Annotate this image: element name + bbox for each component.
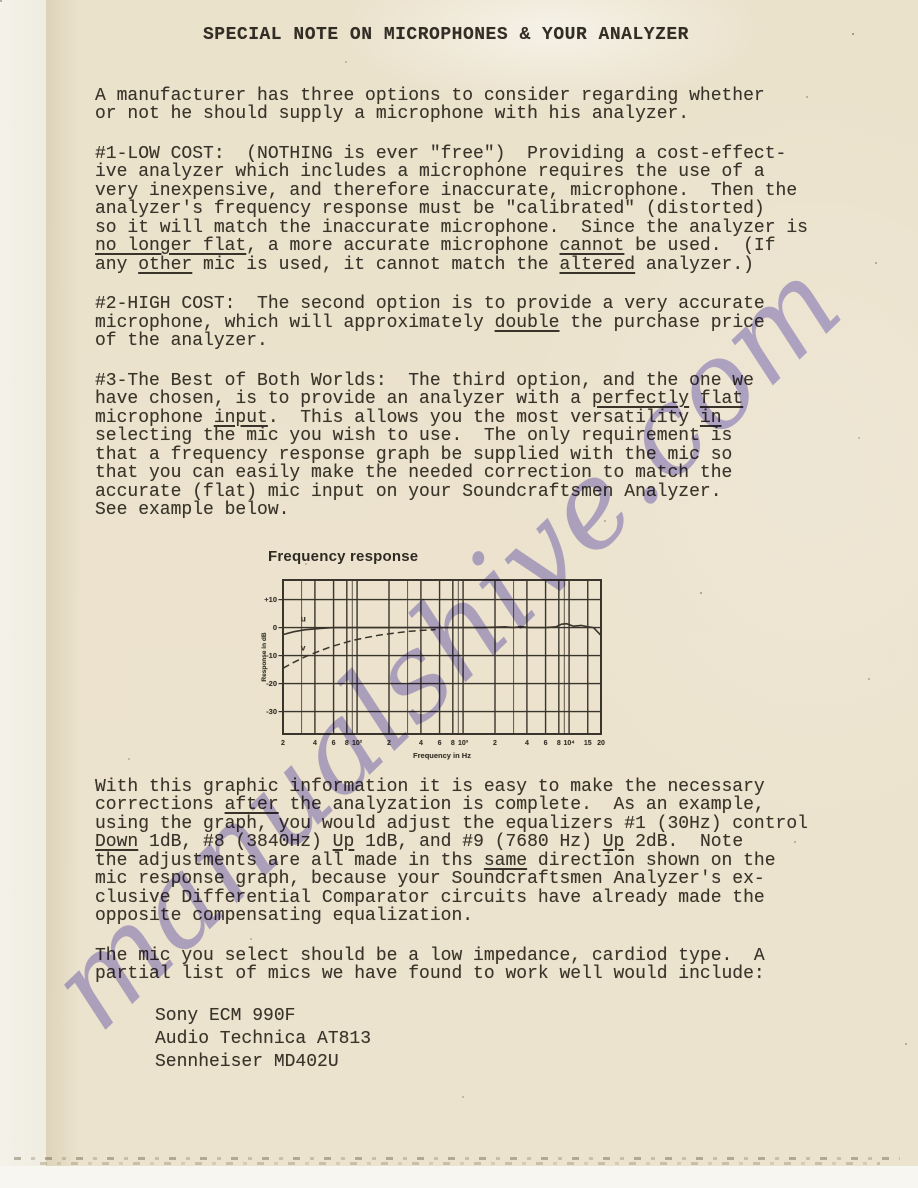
svg-text:10²: 10²	[352, 740, 363, 747]
paragraph-option3-best-of-both: #3-The Best of Both Worlds: The third op…	[95, 372, 865, 520]
svg-text:10⁴: 10⁴	[563, 740, 575, 747]
frequency-response-chart: +100-10-20-30246810²246810³246810⁴1520Re…	[258, 576, 624, 764]
svg-text:8: 8	[345, 740, 349, 747]
svg-text:u: u	[301, 613, 306, 623]
scanner-left-margin	[0, 0, 46, 1166]
paragraph-intro: A manufacturer has three options to cons…	[95, 87, 865, 124]
svg-text:+10: +10	[264, 595, 277, 604]
mic-list-item: Sennheiser MD402U	[155, 1051, 865, 1074]
svg-text:8: 8	[557, 740, 561, 747]
paragraph-option1-low-cost: #1-LOW COST: (NOTHING is ever "free") Pr…	[95, 145, 865, 275]
scanned-document-page: SPECIAL NOTE ON MICROPHONES & YOUR ANALY…	[0, 0, 918, 1188]
svg-text:2: 2	[281, 740, 285, 747]
svg-text:2: 2	[387, 740, 391, 747]
svg-text:4: 4	[313, 740, 317, 747]
paragraph-corrections: With this graphic information it is easy…	[95, 778, 865, 926]
svg-text:Frequency in Hz: Frequency in Hz	[413, 751, 471, 760]
paragraph-mic-recommendation: The mic you select should be a low imped…	[95, 947, 865, 984]
typewritten-content: SPECIAL NOTE ON MICROPHONES & YOUR ANALY…	[95, 0, 865, 1074]
scanner-bottom-margin	[0, 1166, 918, 1188]
chart-title: Frequency response	[268, 548, 638, 567]
frequency-response-figure: Frequency response +100-10-20-30246810²2…	[258, 548, 638, 770]
svg-text:15: 15	[584, 740, 592, 747]
scan-noise	[0, 0, 2, 2]
svg-text:6: 6	[544, 740, 548, 747]
svg-text:4: 4	[525, 740, 529, 747]
page-title: SPECIAL NOTE ON MICROPHONES & YOUR ANALY…	[203, 26, 865, 45]
mic-list: Sony ECM 990FAudio Technica AT813Sennhei…	[155, 1005, 865, 1074]
svg-text:6: 6	[332, 740, 336, 747]
svg-text:0: 0	[273, 623, 277, 632]
paragraph-option2-high-cost: #2-HIGH COST: The second option is to pr…	[95, 295, 865, 351]
svg-text:Response in dB: Response in dB	[261, 632, 268, 681]
svg-text:v: v	[301, 643, 306, 653]
mic-list-item: Audio Technica AT813	[155, 1028, 865, 1051]
mic-list-item: Sony ECM 990F	[155, 1005, 865, 1028]
svg-text:6: 6	[438, 740, 442, 747]
svg-text:2: 2	[493, 740, 497, 747]
svg-text:-30: -30	[266, 707, 277, 716]
paper-bottom-edge	[14, 1157, 900, 1160]
svg-text:8: 8	[451, 740, 455, 747]
svg-text:20: 20	[597, 740, 605, 747]
svg-text:10³: 10³	[458, 740, 469, 747]
svg-text:4: 4	[419, 740, 423, 747]
